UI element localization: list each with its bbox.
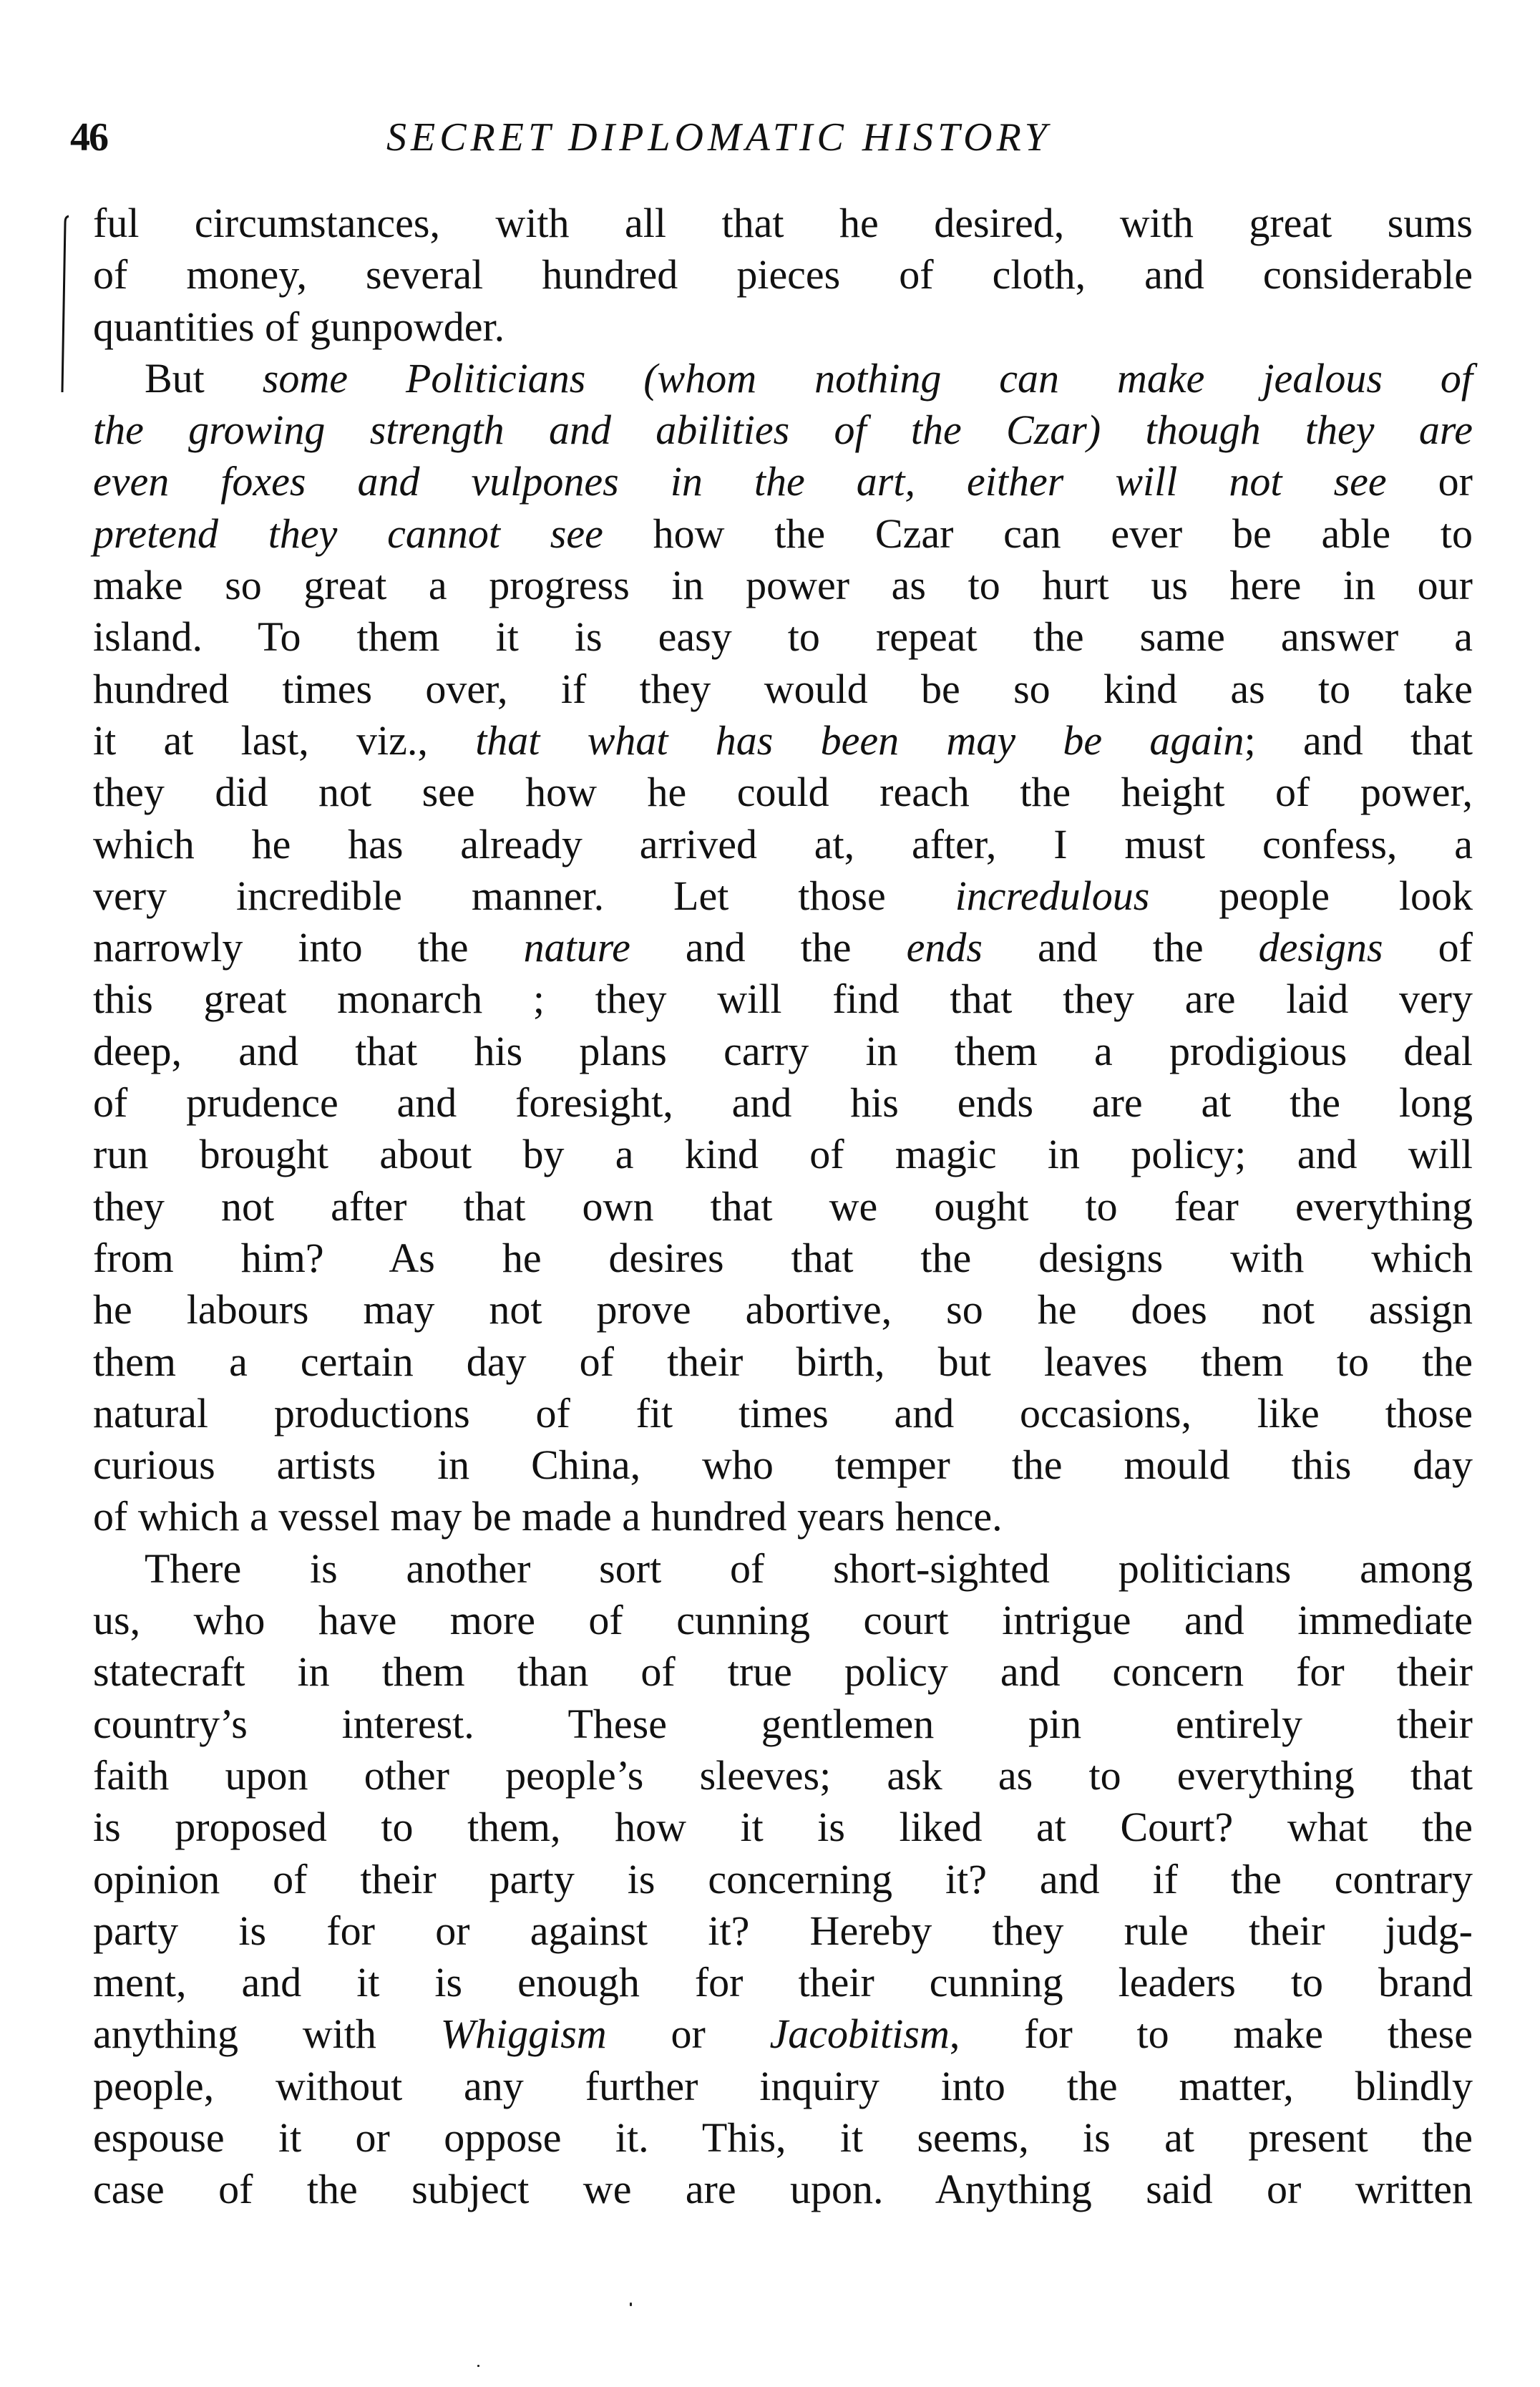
- italic-text: Jacobitism: [770, 2011, 950, 2057]
- text-segment: ful circumstances, with all that he desi…: [93, 200, 1473, 246]
- text-line: of which a vessel may be made a hundred …: [93, 1491, 1473, 1542]
- text-line: of money, several hundred pieces of clot…: [93, 249, 1473, 301]
- text-segment: of which a vessel may be made a hundred …: [93, 1493, 1003, 1540]
- text-segment: them a certain day of their birth, but l…: [93, 1338, 1473, 1385]
- text-line: they did not see how he could reach the …: [93, 767, 1473, 818]
- text-segment: people look: [1149, 872, 1473, 919]
- italic-text: Whiggism: [441, 2011, 607, 2057]
- text-segment: or: [1387, 458, 1473, 505]
- text-line: which he has already arrived at, after, …: [93, 819, 1473, 870]
- text-line: quantities of gunpowder.: [93, 301, 1473, 353]
- text-segment: country’s interest. These gentlemen pin …: [93, 1701, 1473, 1747]
- text-segment: run brought about by a kind of magic in …: [93, 1131, 1473, 1177]
- text-line: case of the subject we are upon. Anythin…: [93, 2164, 1473, 2215]
- text-line: natural productions of fit times and occ…: [93, 1388, 1473, 1439]
- text-segment: it at last, viz.,: [93, 717, 475, 764]
- text-segment: very incredible manner. Let those: [93, 872, 955, 919]
- running-head-title: SECRET DIPLOMATIC HISTORY: [386, 115, 1051, 160]
- text-line: even foxes and vulpones in the art, eith…: [93, 456, 1473, 507]
- text-segment: from him? As he desires that the designs…: [93, 1235, 1473, 1281]
- text-line: very incredible manner. Let those incred…: [93, 870, 1473, 922]
- text-segment: island. To them it is easy to repeat the…: [93, 613, 1473, 660]
- text-line: this great monarch ; they will find that…: [93, 973, 1473, 1025]
- text-line: run brought about by a kind of magic in …: [93, 1129, 1473, 1180]
- text-line: But some Politicians (whom nothing can m…: [93, 353, 1473, 404]
- text-segment: and the: [983, 924, 1259, 971]
- text-segment: make so great a progress in power as to …: [93, 562, 1473, 608]
- italic-text: nature: [524, 924, 630, 971]
- italic-text: some Politicians (whom nothing can make …: [263, 355, 1473, 402]
- text-line: pretend they cannot see how the Czar can…: [93, 508, 1473, 560]
- text-line: anything with Whiggism or Jacobitism, fo…: [93, 2008, 1473, 2060]
- text-line: country’s interest. These gentlemen pin …: [93, 1698, 1473, 1750]
- text-segment: party is for or against it? Hereby they …: [93, 1907, 1473, 1954]
- margin-bracket-mark: [60, 215, 70, 394]
- text-segment: espouse it or oppose it. This, it seems,…: [93, 2114, 1473, 2161]
- text-segment: opinion of their party is concerning it?…: [93, 1856, 1473, 1902]
- text-line: ful circumstances, with all that he desi…: [93, 198, 1473, 249]
- text-segment: or: [607, 2011, 770, 2057]
- text-segment: of prudence and foresight, and his ends …: [93, 1079, 1473, 1126]
- text-segment: hundred times over, if they would be so …: [93, 666, 1473, 712]
- text-segment: anything with: [93, 2011, 441, 2057]
- text-segment: faith upon other people’s sleeves; ask a…: [93, 1752, 1473, 1799]
- text-line: us, who have more of cunning court intri…: [93, 1595, 1473, 1646]
- text-segment: curious artists in China, who temper the…: [93, 1442, 1473, 1488]
- text-line: is proposed to them, how it is liked at …: [93, 1802, 1473, 1853]
- text-line: deep, and that his plans carry in them a…: [93, 1026, 1473, 1077]
- text-line: the growing strength and abilities of th…: [93, 404, 1473, 456]
- italic-text: that what has been may be again: [475, 717, 1244, 764]
- text-segment: There is another sort of short-sighted p…: [145, 1545, 1473, 1592]
- text-line: them a certain day of their birth, but l…: [93, 1336, 1473, 1388]
- italic-text: the growing strength and abilities of th…: [93, 407, 1473, 453]
- italic-text: even foxes and vulpones in the art, eith…: [93, 458, 1387, 505]
- page-number: 46: [70, 115, 107, 160]
- text-segment: is proposed to them, how it is liked at …: [93, 1804, 1473, 1850]
- text-line: of prudence and foresight, and his ends …: [93, 1077, 1473, 1129]
- text-segment: this great monarch ; they will find that…: [93, 976, 1473, 1022]
- text-line: curious artists in China, who temper the…: [93, 1439, 1473, 1491]
- text-segment: how the Czar can ever be able to: [603, 510, 1473, 557]
- italic-text: ends: [907, 924, 983, 971]
- text-segment: ; and that: [1244, 717, 1473, 764]
- text-segment: statecraft in them than of true policy a…: [93, 1648, 1473, 1695]
- text-segment: us, who have more of cunning court intri…: [93, 1597, 1473, 1643]
- text-segment: people, without any further inquiry into…: [93, 2063, 1473, 2109]
- text-segment: deep, and that his plans carry in them a…: [93, 1028, 1473, 1074]
- text-line: they not after that own that we ought to…: [93, 1181, 1473, 1233]
- text-line: he labours may not prove abortive, so he…: [93, 1284, 1473, 1336]
- italic-text: incredulous: [955, 872, 1150, 919]
- text-segment: ment, and it is enough for their cunning…: [93, 1959, 1473, 2006]
- italic-text: pretend they cannot see: [93, 510, 603, 557]
- text-line: island. To them it is easy to repeat the…: [93, 611, 1473, 663]
- scan-speck: [630, 2303, 632, 2306]
- body-text: ful circumstances, with all that he desi…: [93, 198, 1473, 2216]
- text-line: espouse it or oppose it. This, it seems,…: [93, 2112, 1473, 2164]
- text-segment: narrowly into the: [93, 924, 524, 971]
- italic-text: designs: [1259, 924, 1383, 971]
- text-line: statecraft in them than of true policy a…: [93, 1646, 1473, 1698]
- text-segment: , for to make these: [950, 2011, 1473, 2057]
- text-segment: he labours may not prove abortive, so he…: [93, 1286, 1473, 1333]
- text-segment: and the: [630, 924, 907, 971]
- text-line: There is another sort of short-sighted p…: [93, 1543, 1473, 1595]
- text-line: make so great a progress in power as to …: [93, 560, 1473, 611]
- text-line: faith upon other people’s sleeves; ask a…: [93, 1750, 1473, 1802]
- text-segment: natural productions of fit times and occ…: [93, 1390, 1473, 1436]
- text-segment: But: [145, 355, 263, 402]
- text-line: party is for or against it? Hereby they …: [93, 1905, 1473, 1957]
- text-segment: they did not see how he could reach the …: [93, 769, 1473, 815]
- scan-speck: [477, 2365, 479, 2367]
- text-segment: case of the subject we are upon. Anythin…: [93, 2166, 1473, 2212]
- text-line: hundred times over, if they would be so …: [93, 663, 1473, 715]
- text-segment: they not after that own that we ought to…: [93, 1183, 1473, 1230]
- text-segment: of money, several hundred pieces of clot…: [93, 251, 1473, 298]
- text-segment: which he has already arrived at, after, …: [93, 821, 1473, 867]
- text-line: narrowly into the nature and the ends an…: [93, 922, 1473, 973]
- text-segment: of: [1383, 924, 1473, 971]
- page-header: 46 SECRET DIPLOMATIC HISTORY: [70, 107, 1473, 165]
- text-line: people, without any further inquiry into…: [93, 2061, 1473, 2112]
- text-line: it at last, viz., that what has been may…: [93, 715, 1473, 767]
- text-segment: quantities of gunpowder.: [93, 303, 505, 350]
- text-line: opinion of their party is concerning it?…: [93, 1854, 1473, 1905]
- text-line: from him? As he desires that the designs…: [93, 1233, 1473, 1284]
- text-line: ment, and it is enough for their cunning…: [93, 1957, 1473, 2008]
